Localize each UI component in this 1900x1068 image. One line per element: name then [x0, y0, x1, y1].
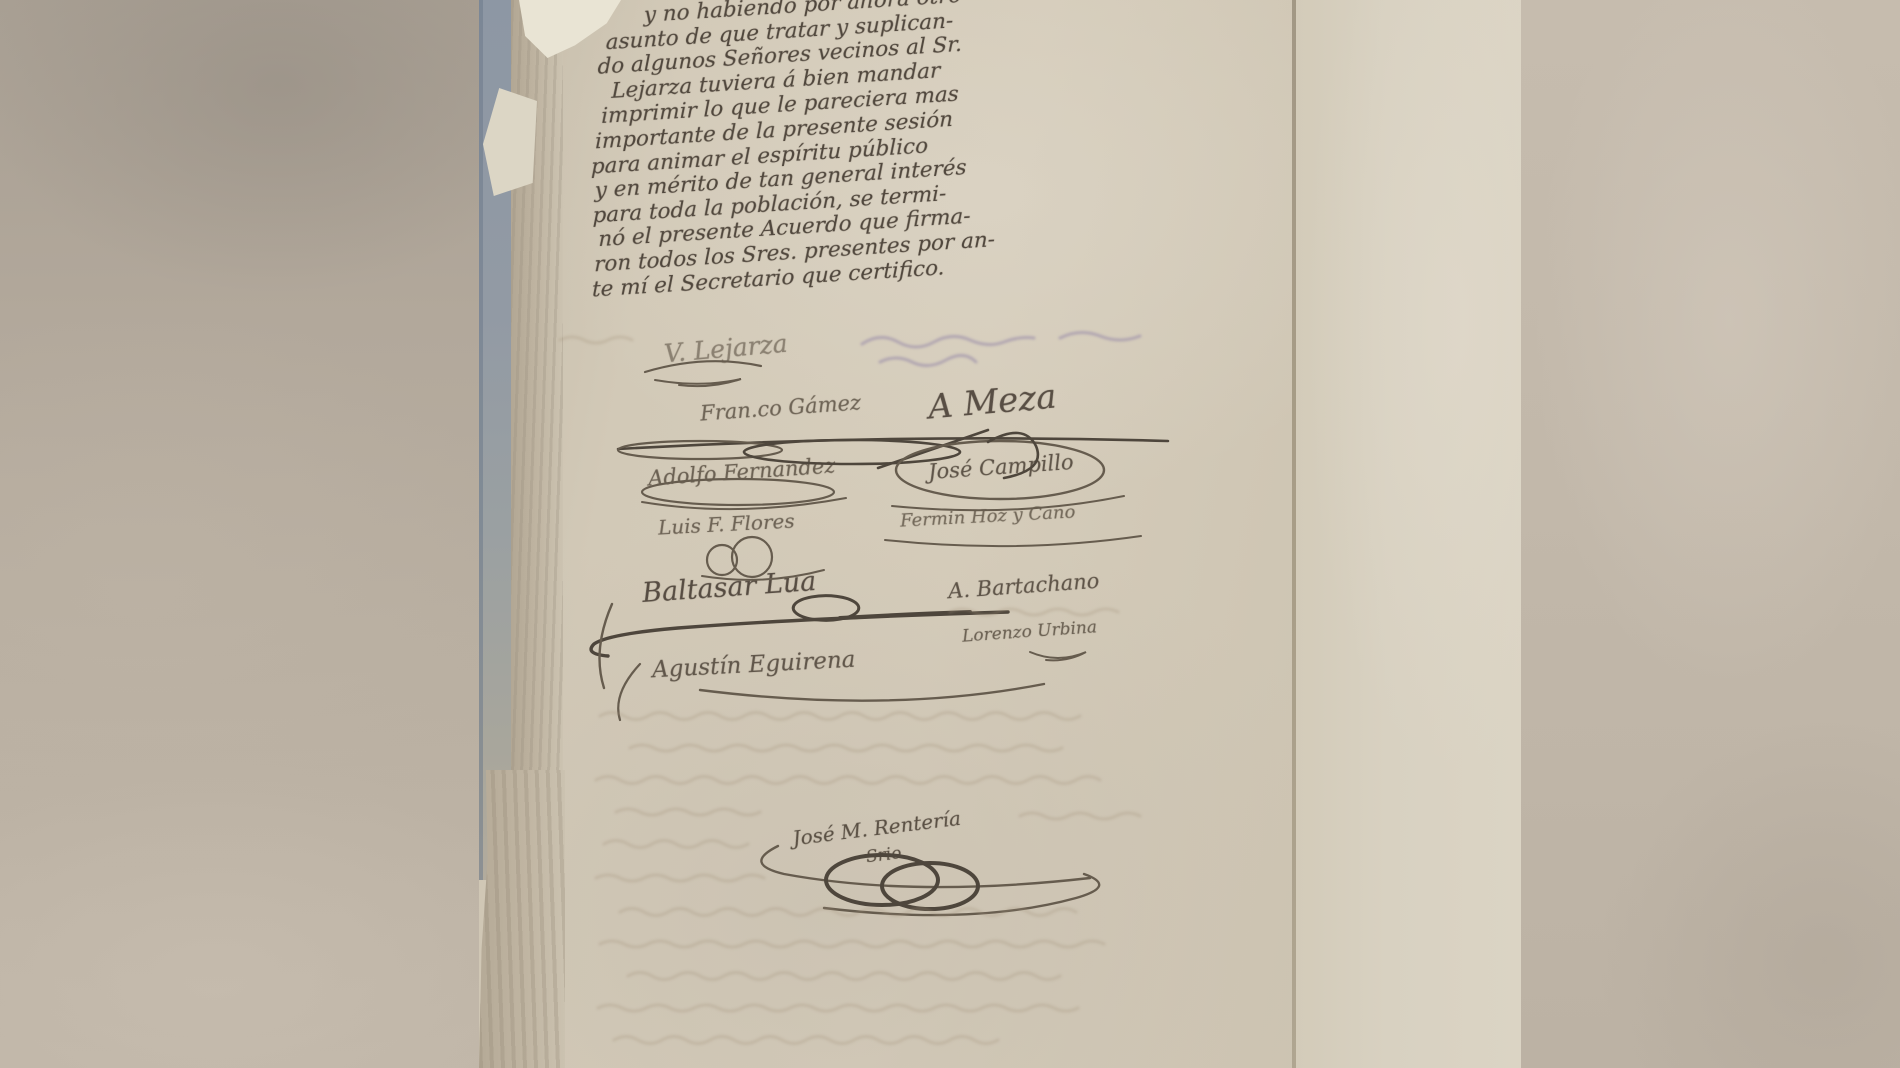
document-photo: y no habiendo por ahora otro asunto de q…	[0, 0, 1900, 1068]
torn-page-edge-bottom	[479, 770, 565, 1068]
blurred-right-margin	[1521, 0, 1900, 1068]
book-spine-edge	[479, 0, 483, 880]
manuscript-text: y no habiendo por ahora otro asunto de q…	[608, 0, 1189, 302]
facing-page	[1296, 0, 1521, 1068]
blurred-left-margin	[0, 0, 479, 1068]
